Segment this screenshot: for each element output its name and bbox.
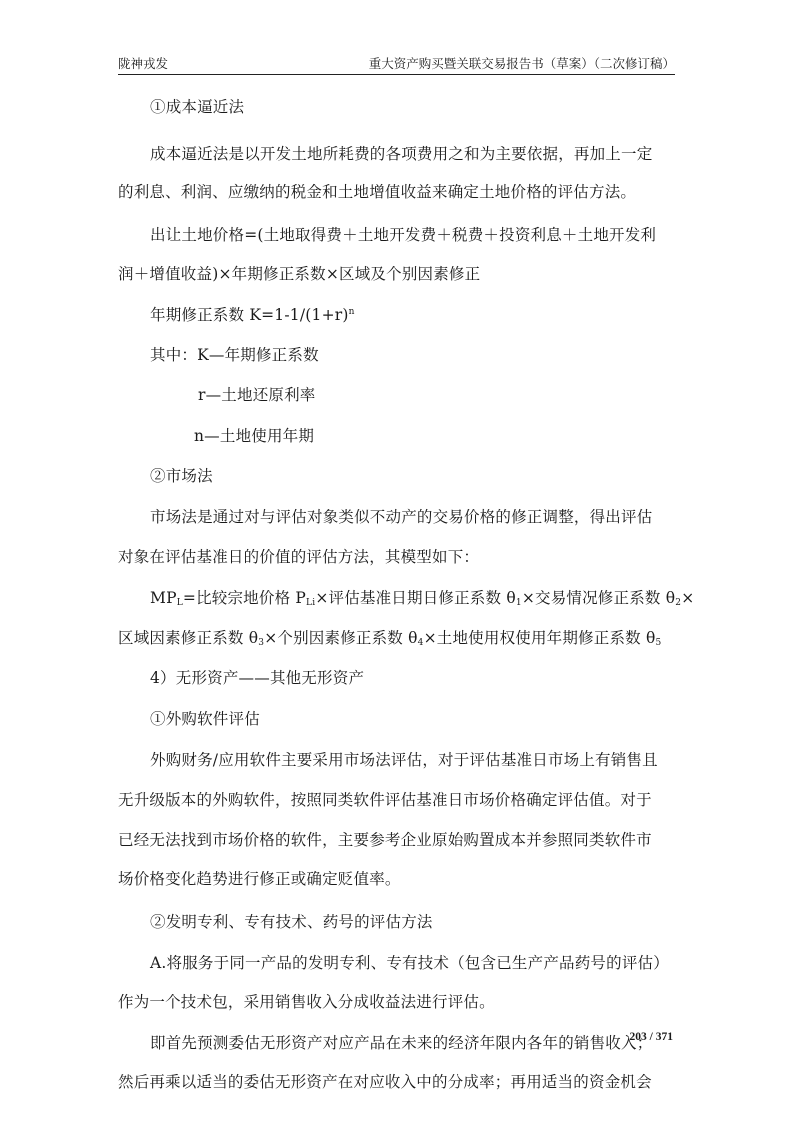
section-heading-intangible-assets: 4）无形资产——其他无形资产 (150, 666, 364, 688)
formula-part: ×评估基准日期日修正系数 θ (315, 589, 516, 607)
paragraph-line: 无升级版本的外购软件，按照同类软件评估基准日市场价格确定评估值。对于 (118, 788, 652, 810)
definition-k: 其中：K—年期修正系数 (150, 343, 319, 365)
formula-line: 润＋增值收益)×年期修正系数×区域及个别因素修正 (118, 262, 480, 284)
subheading-software: ①外购软件评估 (150, 707, 260, 729)
formula-part: =比较宗地价格 P (183, 589, 306, 607)
formula-subscript: Li (306, 598, 315, 608)
formula-subscript: 5 (656, 638, 662, 648)
paragraph-line: 市场法是通过对与评估对象类似不动产的交易价格的修正调整，得出评估 (150, 505, 652, 527)
formula-line: 出让土地价格=(土地取得费＋土地开发费＋税费＋投资利息＋土地开发利 (150, 223, 656, 245)
formula-part: ×个别因素修正系数 θ (264, 629, 417, 647)
market-formula-line2: 区域因素修正系数 θ3×个别因素修正系数 θ4×土地使用权使用年期修正系数 θ5 (118, 626, 661, 648)
formula-k-text: 年期修正系数 K=1-1/(1+r) (150, 306, 349, 324)
paragraph-line: 的利息、利润、应缴纳的税金和土地增值收益来确定土地价格的评估方法。 (118, 180, 636, 202)
formula-part: × (681, 589, 694, 607)
paragraph-line: 成本逼近法是以开发土地所耗费的各项费用之和为主要依据，再加上一定 (150, 142, 652, 164)
formula-part: ×交易情况修正系数 θ (522, 589, 675, 607)
paragraph-line: 场价格变化趋势进行修正或确定贬值率。 (118, 867, 401, 889)
paragraph-line: 即首先预测委估无形资产对应产品在未来的经济年限内各年的销售收入； (150, 1031, 652, 1053)
definition-r: r—土地还原利率 (198, 383, 316, 405)
paragraph-line: 然后再乘以适当的委估无形资产在对应收入中的分成率；再用适当的资金机会 (118, 1070, 652, 1092)
paragraph-line: 作为一个技术包，采用销售收入分成收益法进行评估。 (118, 990, 495, 1012)
subheading-cost-approach: ①成本逼近法 (150, 95, 244, 117)
formula-k-exponent: n (349, 307, 355, 317)
subheading-patents: ②发明专利、专有技术、药号的评估方法 (150, 910, 433, 932)
subheading-market-approach: ②市场法 (150, 464, 213, 486)
formula-k: 年期修正系数 K=1-1/(1+r)n (150, 303, 355, 325)
header-document-title: 重大资产购买暨关联交易报告书（草案）（二次修订稿） (369, 54, 675, 72)
formula-part: ×土地使用权使用年期修正系数 θ (424, 629, 656, 647)
header-company: 陇神戎发 (118, 54, 168, 72)
formula-part: MP (150, 589, 177, 607)
paragraph-line: 对象在评估基准日的价值的评估方法，其模型如下： (118, 545, 479, 567)
formula-part: 区域因素修正系数 θ (118, 629, 258, 647)
page-number: 203 / 371 (630, 1031, 673, 1043)
market-formula-line1: MPL=比较宗地价格 PLi×评估基准日期日修正系数 θ1×交易情况修正系数 θ… (150, 586, 694, 608)
page-header: 陇神戎发 重大资产购买暨关联交易报告书（草案）（二次修订稿） (118, 52, 675, 75)
paragraph-line: 外购财务/应用软件主要采用市场法评估，对于评估基准日市场上有销售且 (150, 748, 658, 770)
paragraph-line: 已经无法找到市场价格的软件，主要参考企业原始购置成本并参照同类软件市 (118, 828, 652, 850)
paragraph-line: A.将服务于同一产品的发明专利、专有技术（包含已生产产品药号的评估） (150, 951, 669, 973)
definition-n: n—土地使用年期 (194, 424, 314, 446)
